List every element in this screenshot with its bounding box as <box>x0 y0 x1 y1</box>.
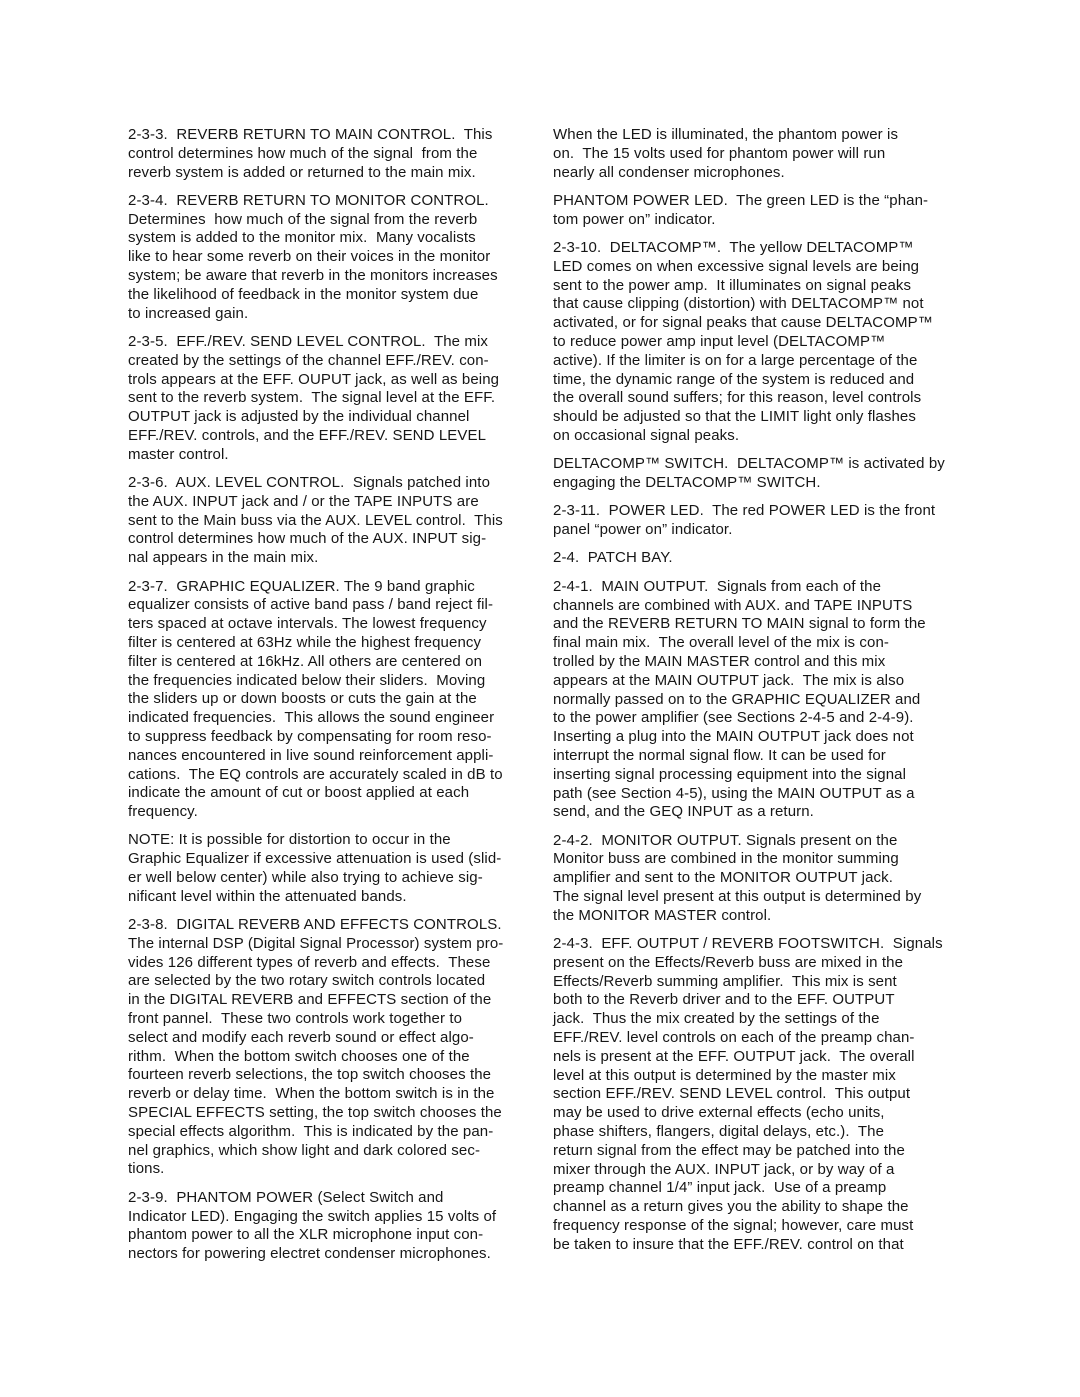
paragraph-2-4-3: 2-4-3. EFF. OUTPUT / REVERB FOOTSWITCH. … <box>553 935 993 1255</box>
paragraph-2-3-4: 2-3-4. REVERB RETURN TO MONITOR CONTROL.… <box>128 192 568 324</box>
heading-2-4-patch-bay: 2-4. PATCH BAY. <box>553 549 993 568</box>
paragraph-2-3-5: 2-3-5. EFF./REV. SEND LEVEL CONTROL. The… <box>128 333 568 465</box>
paragraph-2-3-7: 2-3-7. GRAPHIC EQUALIZER. The 9 band gra… <box>128 578 568 822</box>
paragraph-2-4-1: 2-4-1. MAIN OUTPUT. Signals from each of… <box>553 578 993 822</box>
right-column: When the LED is illuminated, the phantom… <box>553 126 993 1264</box>
manual-page: 2-3-3. REVERB RETURN TO MAIN CONTROL. Th… <box>0 0 1080 1397</box>
paragraph-2-3-6: 2-3-6. AUX. LEVEL CONTROL. Signals patch… <box>128 474 568 568</box>
paragraph-2-3-10: 2-3-10. DELTACOMP™. The yellow DELTACOMP… <box>553 239 993 446</box>
paragraph-2-3-11: 2-3-11. POWER LED. The red POWER LED is … <box>553 502 993 540</box>
paragraph-2-3-9: 2-3-9. PHANTOM POWER (Select Switch and … <box>128 1189 568 1264</box>
paragraph-2-4-2: 2-4-2. MONITOR OUTPUT. Signals present o… <box>553 832 993 926</box>
paragraph-phantom-power-continued: When the LED is illuminated, the phantom… <box>553 126 993 182</box>
left-column: 2-3-3. REVERB RETURN TO MAIN CONTROL. Th… <box>128 126 568 1273</box>
paragraph-phantom-power-led: PHANTOM POWER LED. The green LED is the … <box>553 192 993 230</box>
paragraph-deltacomp-switch: DELTACOMP™ SWITCH. DELTACOMP™ is activat… <box>553 455 993 493</box>
paragraph-note: NOTE: It is possible for distortion to o… <box>128 831 568 906</box>
paragraph-2-3-3: 2-3-3. REVERB RETURN TO MAIN CONTROL. Th… <box>128 126 568 182</box>
paragraph-2-3-8: 2-3-8. DIGITAL REVERB AND EFFECTS CONTRO… <box>128 916 568 1179</box>
